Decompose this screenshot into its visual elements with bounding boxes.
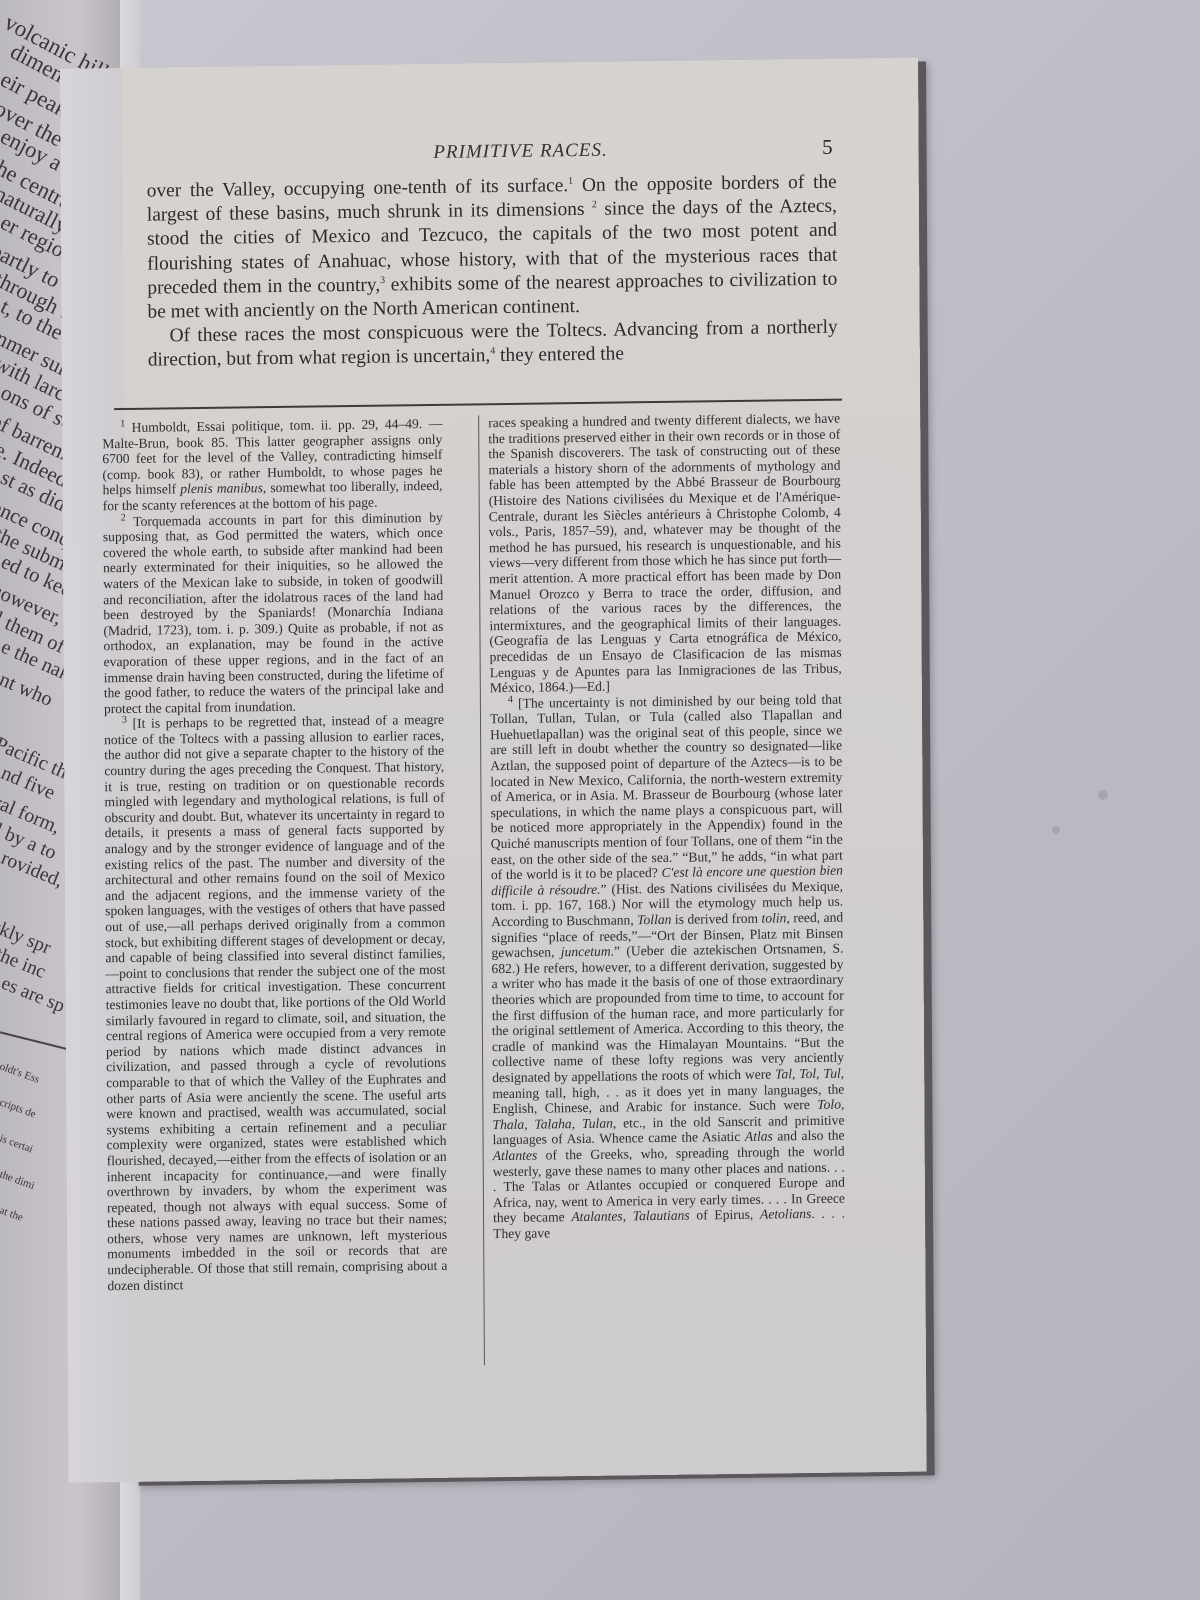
italic-text: plenis manibus [180,481,263,497]
footnote: 1 Humboldt, Essai politique, tom. ii. pp… [102,416,443,514]
text-run: .” (Ueber die aztekischen Ortsnamen, S. … [491,941,844,1085]
footnote-column-divider [478,415,485,1365]
text-run: Of these races the most conspicuous were… [148,317,838,371]
body-paragraph: Of these races the most conspicuous were… [148,316,838,373]
text-run: Torquemada accounts in part for this dim… [103,509,444,716]
left-page-footnote-fragment: is certai [0,1132,34,1155]
italic-text: tolin [761,910,786,925]
footnote-number: 4 [508,694,513,705]
text-run: and also the [773,1128,845,1144]
footnotes-right-column: races speaking a hundred and twenty diff… [488,411,845,1242]
dust-speck [1098,790,1108,800]
italic-text: Aetolians [760,1206,811,1222]
italic-text: Atalantes, Talautians [571,1208,689,1225]
footnote: 3 [It is perhaps to be regretted that, i… [104,712,448,1293]
body-paragraph: over the Valley, occupying one-tenth of … [147,171,838,325]
footnotes-left-column: 1 Humboldt, Essai politique, tom. ii. pp… [102,416,447,1294]
footnote-number: 1 [120,418,125,429]
italic-text: Tal, Tol, Tul [775,1066,841,1082]
book-page: PRIMITIVE RACES. 5 over the Valley, occu… [122,58,927,1482]
footnote: 4 [The uncertainty is not diminished by … [490,691,845,1241]
text-run: races speaking a hundred and twenty diff… [488,411,842,696]
footnote: races speaking a hundred and twenty diff… [488,411,842,696]
text-run: [The uncertainty is not diminished by ou… [490,691,843,882]
footnote-number: 3 [122,715,127,726]
text-run: they entered the [495,344,624,367]
footnote: 2 Torquemada accounts in part for this d… [103,509,444,716]
italic-text: juncetum [561,944,611,960]
page-number: 5 [822,135,833,160]
footnote-rule [114,399,842,411]
italic-text: Atlas [745,1129,773,1144]
left-page-footnote-fragment: cripts de [0,1096,37,1120]
italic-text: Atlantes [493,1147,538,1163]
left-page-footnote-fragment: oldt's Ess [0,1060,41,1085]
left-page-footnote-fragment: the dimi [0,1168,36,1192]
running-head: PRIMITIVE RACES. [122,136,918,168]
main-body-text: over the Valley, occupying one-tenth of … [147,171,838,374]
dust-speck [1052,826,1060,834]
left-page-footnote-fragment: at the [0,1204,25,1224]
text-run: of Epirus, [690,1207,760,1223]
text-run: over the Valley, occupying one-tenth of … [147,175,569,202]
text-run: [It is perhaps to be regretted that, ins… [104,712,447,1293]
text-run: is derived from [671,911,761,927]
footnote-number: 2 [121,512,126,523]
italic-text: Tollan [637,912,671,927]
